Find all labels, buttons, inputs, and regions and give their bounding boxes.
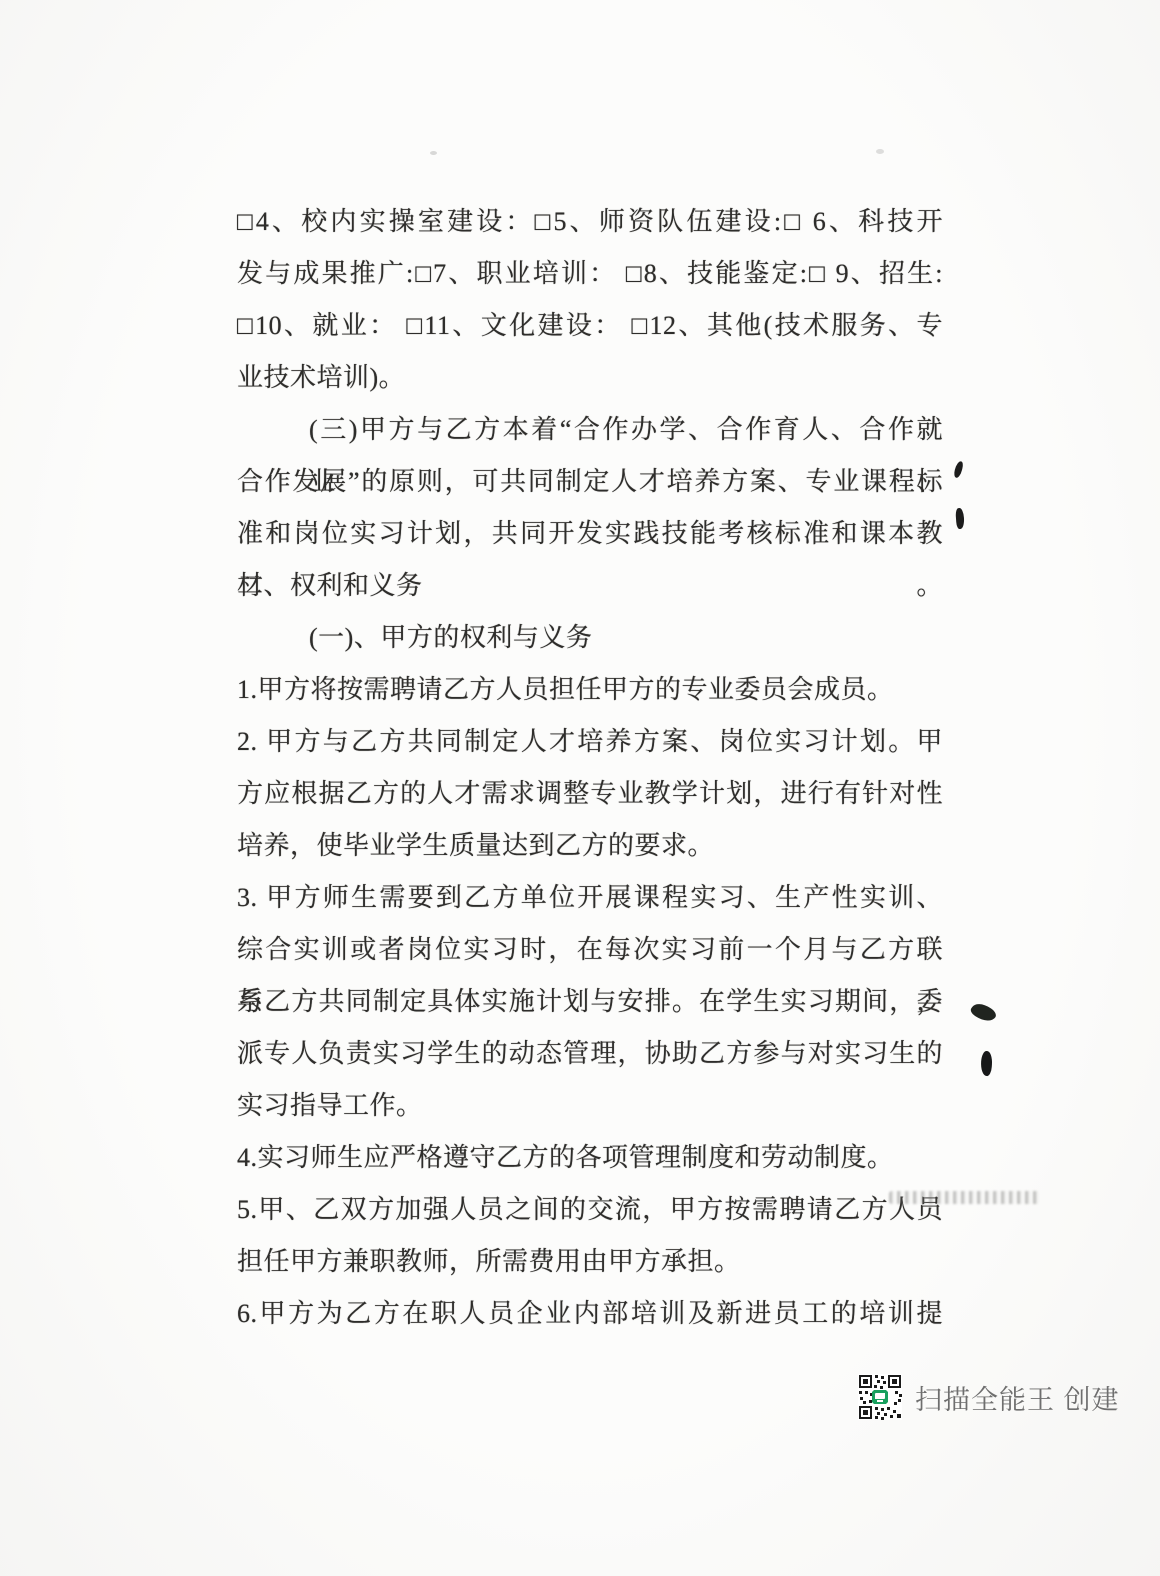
ink-spot: [980, 1051, 993, 1077]
scan-speck: [430, 151, 437, 155]
document-line: □4、校内实操室建设：□5、师资队伍建设:□ 6、科技开: [237, 196, 943, 248]
document-line: 准和岗位实习计划，共同开发实践技能考核标准和课本教材。: [237, 508, 943, 560]
document-line: 5.甲、乙双方加强人员之间的交流，甲方按需聘请乙方人员: [237, 1184, 943, 1236]
document-line: 综合实训或者岗位实习时，在每次实习前一个月与乙方联系，: [237, 924, 943, 976]
document-line: 发与成果推广:□7、职业培训： □8、技能鉴定:□ 9、招生:: [237, 248, 943, 300]
document-line: 2. 甲方与乙方共同制定人才培养方案、岗位实习计划。甲: [237, 716, 943, 768]
document-line: 实习指导工作。: [237, 1080, 943, 1132]
ink-spot: [969, 999, 998, 1025]
scan-speck: [876, 149, 884, 154]
document-line: (三)甲方与乙方本着“合作办学、合作育人、合作就业、: [237, 404, 943, 456]
document-line: 3. 甲方师生需要到乙方单位开展课程实习、生产性实训、: [237, 872, 943, 924]
ink-spot: [953, 460, 964, 478]
document-line: 方应根据乙方的人才需求调整专业教学计划，进行有针对性: [237, 768, 943, 820]
document-line: 合作发展”的原则，可共同制定人才培养方案、专业课程标: [237, 456, 943, 508]
document-line: 培养，使毕业学生质量达到乙方的要求。: [237, 820, 943, 872]
document-line: 担任甲方兼职教师，所需费用由甲方承担。: [237, 1236, 943, 1288]
document-line: 业技术培训)。: [237, 352, 943, 404]
scanner-watermark: 扫描全能王 创建: [858, 1374, 1120, 1420]
ink-spot: [955, 508, 964, 530]
watermark-label: 扫描全能王 创建: [915, 1378, 1120, 1417]
document-line: 1.甲方将按需聘请乙方人员担任甲方的专业委员会成员。: [237, 664, 943, 716]
document-line: 与乙方共同制定具体实施计划与安排。在学生实习期间，委: [237, 976, 943, 1028]
qr-code-icon: [858, 1374, 902, 1420]
document-line: 6.甲方为乙方在职人员企业内部培训及新进员工的培训提: [237, 1288, 943, 1340]
scanned-page: □4、校内实操室建设：□5、师资队伍建设:□ 6、科技开 发与成果推广:□7、职…: [0, 0, 1160, 1576]
document-subheading: (一)、甲方的权利与义务: [237, 612, 943, 664]
faded-text-smudge: [889, 1191, 1041, 1204]
document-line: □10、就业： □11、文化建设： □12、其他(技术服务、专: [237, 300, 943, 352]
document-line: 派专人负责实习学生的动态管理，协助乙方参与对实习生的: [237, 1028, 943, 1080]
document-line: 4.实习师生应严格遵守乙方的各项管理制度和劳动制度。: [237, 1132, 943, 1184]
contract-text-block: □4、校内实操室建设：□5、师资队伍建设:□ 6、科技开 发与成果推广:□7、职…: [237, 196, 943, 1340]
